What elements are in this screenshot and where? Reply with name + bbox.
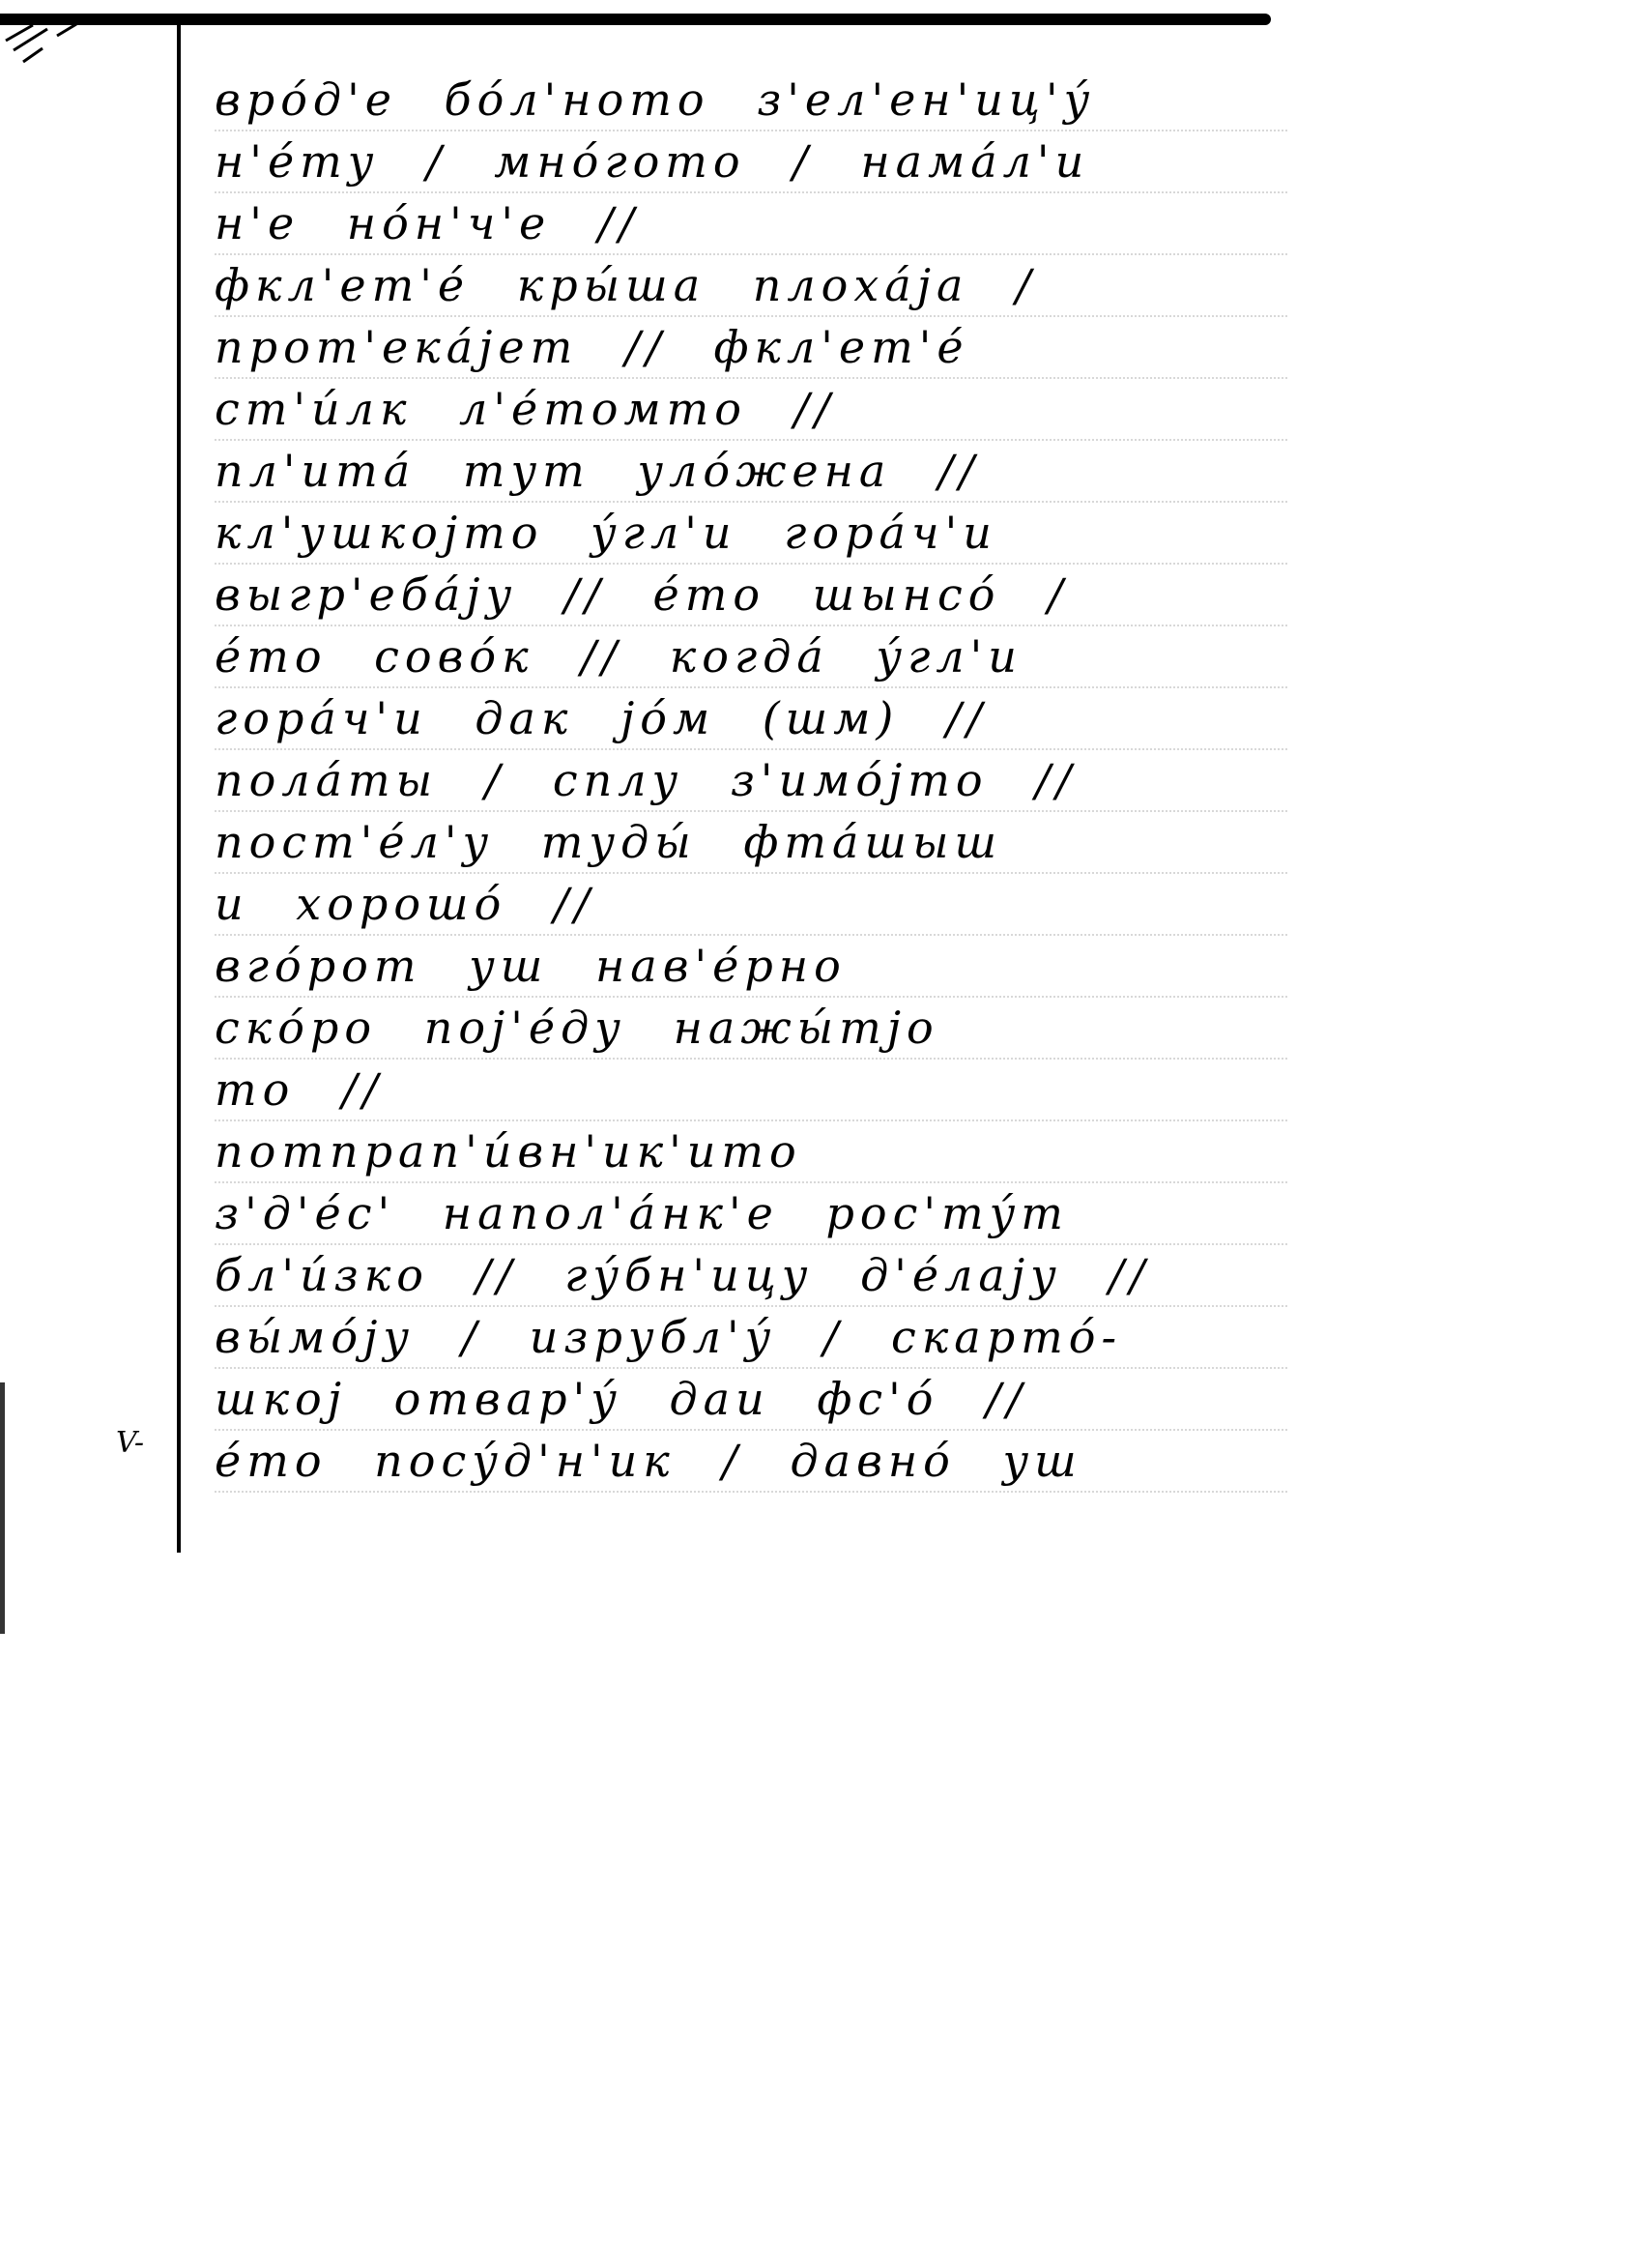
text-line: потпрап'и́вн'ик'ито (215, 1121, 1287, 1183)
text-line: вы́мо́ју / изрубл'у́ / скарто́- (215, 1307, 1287, 1369)
text-line: е́то сово́к // когда́ у́гл'и (215, 626, 1287, 688)
handwritten-text-block: вро́д'е бо́л'ното з'ел'ен'иц'у́ н'е́ту /… (215, 70, 1287, 1493)
text-line: бл'и́зко // гу́бн'ицу д'е́лају // (215, 1245, 1287, 1307)
text-line: шкој отвар'у́ даи фс'о́ // (215, 1369, 1287, 1431)
text-line: ско́ро пој'е́ду нажы́тјо (215, 998, 1287, 1060)
text-line: пола́ты / сплу з'имо́јто // (215, 750, 1287, 812)
text-line: и хорошо́ // (215, 874, 1287, 936)
text-line: пост'е́л'у туды́ фта́шыш (215, 812, 1287, 874)
text-line: ст'и́лк л'е́томто // (215, 379, 1287, 441)
scan-edge-shadow (0, 1382, 5, 1634)
text-line: гора́ч'и дак јо́м (шм) // (215, 688, 1287, 750)
top-border-stroke (0, 14, 1271, 25)
scanned-page: V- вро́д'е бо́л'ното з'ел'ен'иц'у́ н'е́т… (0, 0, 1643, 2268)
text-line: з'д'е́с' напол'а́нк'е рос'ту́т (215, 1183, 1287, 1245)
text-line: кл'ушкојто у́гл'и гора́ч'и (215, 503, 1287, 565)
margin-section-mark: V- (116, 1426, 144, 1460)
text-line: н'е но́н'ч'е // (215, 193, 1287, 255)
text-line: фкл'ет'е́ кры́ша плоха́ја / (215, 255, 1287, 317)
text-line: вро́д'е бо́л'ното з'ел'ен'иц'у́ (215, 70, 1287, 131)
text-line: пл'ита́ тут уло́жена // (215, 441, 1287, 503)
text-line: то // (215, 1060, 1287, 1121)
text-line: выгр'еба́ју // е́то шынсо́ / (215, 565, 1287, 626)
corner-scratch-marks (4, 21, 81, 70)
text-line: прот'ека́јет // фкл'ет'е́ (215, 317, 1287, 379)
text-line: вго́рот уш нав'е́рно (215, 936, 1287, 998)
margin-vertical-line (177, 15, 181, 1553)
text-line: н'е́ту / мно́гото / нама́л'и (215, 131, 1287, 193)
text-line: е́то посу́д'н'ик / давно́ уш (215, 1431, 1287, 1493)
